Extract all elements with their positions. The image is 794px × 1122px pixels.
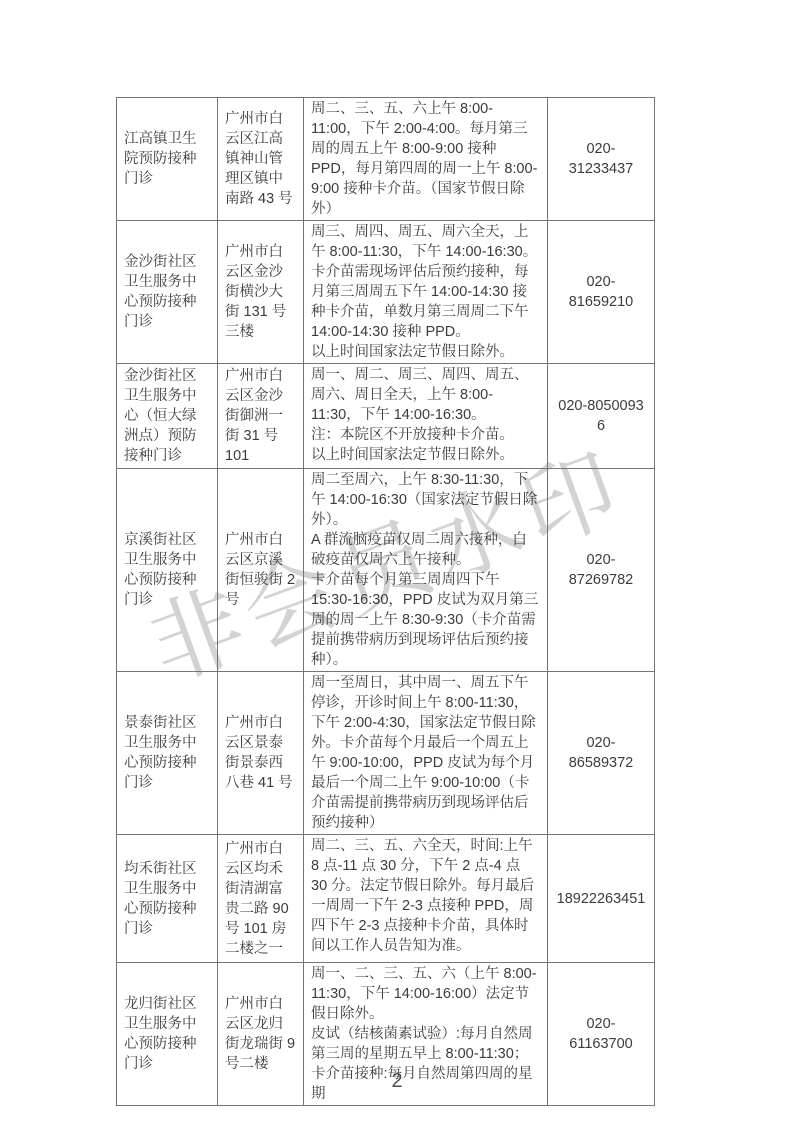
schedule-paragraph: 卡介苗每个月第三周周四下午 15:30-16:30，PPD 皮试为双月第三周的周… — [311, 570, 540, 670]
clinic-schedule-cell: 周三、周四、周五、周六全天，上午 8:00-11:30，下午 14:00-16:… — [304, 221, 548, 364]
clinic-address-cell: 广州市白云区江高镇神山管理区镇中南路 43 号 — [218, 98, 304, 221]
document-page: 非会员水印 江高镇卫生院预防接种门诊广州市白云区江高镇神山管理区镇中南路 43 … — [0, 0, 794, 1122]
clinic-schedule-cell: 周二至周六，上午 8:30-11:30，下午 14:00-16:30（国家法定节… — [304, 469, 548, 672]
schedule-paragraph: 周二、三、五、六上午 8:00-11:00，下午 2:00-4:00。每月第三周… — [311, 99, 540, 219]
schedule-paragraph: 以上时间国家法定节假日除外。 — [311, 445, 540, 465]
clinic-name-cell: 景泰街社区卫生服务中心预防接种门诊 — [117, 672, 218, 835]
clinic-schedule-cell: 周一、周二、周三、周四、周五、周六、周日全天，上午 8:00-11:30，下午 … — [304, 364, 548, 469]
clinic-schedule-cell: 周二、三、五、六上午 8:00-11:00，下午 2:00-4:00。每月第三周… — [304, 98, 548, 221]
table-row: 京溪街社区卫生服务中心预防接种门诊广州市白云区京溪街恒骏街 2 号周二至周六，上… — [117, 469, 655, 672]
page-number: 2 — [0, 1070, 794, 1093]
schedule-paragraph: 注：本院区不开放接种卡介苗。 — [311, 425, 540, 445]
table-row: 江高镇卫生院预防接种门诊广州市白云区江高镇神山管理区镇中南路 43 号周二、三、… — [117, 98, 655, 221]
table-row: 均禾街社区卫生服务中心预防接种门诊广州市白云区均禾街清湖富贵二路 90 号 10… — [117, 835, 655, 963]
table-row: 金沙街社区卫生服务中心预防接种门诊广州市白云区金沙街横沙大街 131 号三楼周三… — [117, 221, 655, 364]
schedule-paragraph: 周一、二、三、五、六（上午 8:00-11:30，下午 14:00-16:00）… — [311, 964, 540, 1024]
clinic-phone-cell: 020-81659210 — [548, 221, 655, 364]
clinic-phone-cell: 020-8050093 6 — [548, 364, 655, 469]
clinic-schedule-table: 江高镇卫生院预防接种门诊广州市白云区江高镇神山管理区镇中南路 43 号周二、三、… — [116, 97, 655, 1106]
schedule-paragraph: 皮试（结核菌素试验）:每月自然周第三周的星期五早上 8:00-11:30； — [311, 1024, 540, 1064]
clinic-name-cell: 金沙街社区卫生服务中心（恒大绿洲点）预防接种门诊 — [117, 364, 218, 469]
clinic-phone-cell: 020-86589372 — [548, 672, 655, 835]
clinic-address-cell: 广州市白云区金沙街横沙大街 131 号三楼 — [218, 221, 304, 364]
schedule-paragraph: A 群流脑疫苗仅周二周六接种，白破疫苗仅周六上午接种。 — [311, 530, 540, 570]
clinic-phone-cell: 020-31233437 — [548, 98, 655, 221]
clinic-address-cell: 广州市白云区京溪街恒骏街 2 号 — [218, 469, 304, 672]
table-row: 金沙街社区卫生服务中心（恒大绿洲点）预防接种门诊广州市白云区金沙街御洲一街 31… — [117, 364, 655, 469]
clinic-phone-cell: 18922263451 — [548, 835, 655, 963]
schedule-paragraph: 周二、三、五、六全天，时间:上午 8 点-11 点 30 分，下午 2 点-4 … — [311, 836, 540, 956]
clinic-name-cell: 金沙街社区卫生服务中心预防接种门诊 — [117, 221, 218, 364]
clinic-schedule-cell: 周二、三、五、六全天，时间:上午 8 点-11 点 30 分，下午 2 点-4 … — [304, 835, 548, 963]
clinic-schedule-cell: 周一至周日，其中周一、周五下午停诊，开诊时间上午 8:00-11:30，下午 2… — [304, 672, 548, 835]
clinic-address-cell: 广州市白云区均禾街清湖富贵二路 90 号 101 房二楼之一 — [218, 835, 304, 963]
clinic-name-cell: 江高镇卫生院预防接种门诊 — [117, 98, 218, 221]
clinic-name-cell: 京溪街社区卫生服务中心预防接种门诊 — [117, 469, 218, 672]
schedule-paragraph: 周三、周四、周五、周六全天，上午 8:00-11:30，下午 14:00-16:… — [311, 222, 540, 342]
clinic-address-cell: 广州市白云区景泰街景泰西八巷 41 号 — [218, 672, 304, 835]
table-row: 景泰街社区卫生服务中心预防接种门诊广州市白云区景泰街景泰西八巷 41 号周一至周… — [117, 672, 655, 835]
clinic-address-cell: 广州市白云区金沙街御洲一街 31 号 101 — [218, 364, 304, 469]
schedule-paragraph: 周一、周二、周三、周四、周五、周六、周日全天，上午 8:00-11:30，下午 … — [311, 365, 540, 425]
schedule-paragraph: 周一至周日，其中周一、周五下午停诊，开诊时间上午 8:00-11:30，下午 2… — [311, 673, 540, 833]
schedule-paragraph: 周二至周六，上午 8:30-11:30，下午 14:00-16:30（国家法定节… — [311, 470, 540, 530]
clinic-table-body: 江高镇卫生院预防接种门诊广州市白云区江高镇神山管理区镇中南路 43 号周二、三、… — [117, 98, 655, 1106]
clinic-name-cell: 均禾街社区卫生服务中心预防接种门诊 — [117, 835, 218, 963]
schedule-paragraph: 以上时间国家法定节假日除外。 — [311, 342, 540, 362]
clinic-phone-cell: 020-87269782 — [548, 469, 655, 672]
